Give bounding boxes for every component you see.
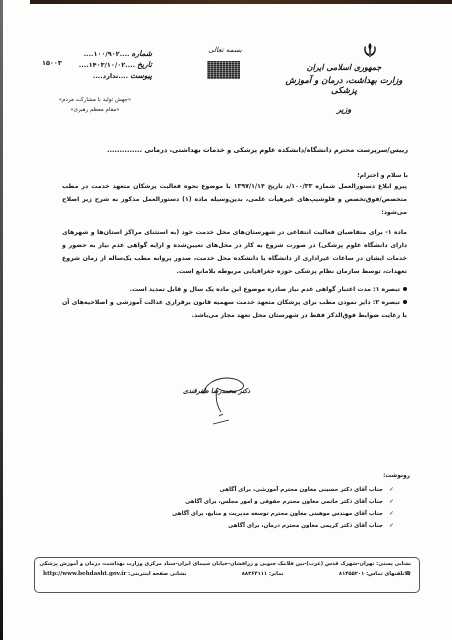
- website-label: نشانی صفحه اینترنتی:: [128, 571, 186, 577]
- fax-number: نمابر: ۸۸۳۶۴۱۱۱: [242, 571, 284, 577]
- letter-number-row: شماره ....۱۰۰/۹۰۲....: [40, 48, 152, 59]
- date-value: ....۱۴۰۳/۱۰/۰۲....: [79, 61, 135, 69]
- article-1: ماده ۱- برای متقاضیان فعالیت انتفاعی در …: [62, 226, 407, 278]
- iran-emblem-icon: [363, 42, 377, 58]
- phone-number: ☎تلفنهای تماس: ۸۱۴۵۵۲۰۱: [339, 571, 411, 577]
- postal-address: نشانی پستی: تهران-شهرک قدس (غرب)-بین فلا…: [39, 561, 411, 567]
- office-title: وزیر: [284, 104, 404, 114]
- bullet-icon: [403, 287, 407, 291]
- attachment-label: پیوست: [130, 71, 152, 80]
- reference-number: ۱۵۰۰۳: [42, 59, 62, 67]
- letter-attachment-row: پیوست ....ندارد....: [40, 70, 152, 81]
- checkmark-icon: ✓: [389, 520, 394, 532]
- note-1: تبصره ۱: مدت اعتبار گواهی عدم نیاز صادره…: [62, 283, 407, 296]
- slogan-attribution: «مقام معظم رهبری»: [45, 105, 145, 115]
- ministry-name: وزارت بهداشت، درمان و آموزش پزشکی: [284, 76, 404, 96]
- note-1-text: تبصره ۱: مدت اعتبار گواهی عدم نیاز صادره…: [130, 286, 400, 293]
- cc-item-text: جناب آقای مهندس موهبتی معاون محترم توسعه…: [172, 508, 383, 520]
- website-link[interactable]: http://www.behdasht.gov.ir: [43, 571, 126, 577]
- photo-edge-left: [0, 0, 3, 640]
- bullet-icon: [403, 300, 407, 304]
- photo-edge-top: [30, 0, 452, 4]
- number-value: ....۱۰۰/۹۰۲....: [84, 50, 130, 58]
- cc-item: ✓جناب آقای دکتر خاتمی معاون محترم حقوقی …: [114, 496, 394, 508]
- footer-contact-box: نشانی پستی: تهران-شهرک قدس (غرب)-بین فلا…: [34, 557, 420, 593]
- country-name: جمهوری اسلامی ایران: [284, 62, 404, 72]
- slogan: «جهش تولید با مشارکت مردم» «مقام معظم ره…: [45, 95, 145, 115]
- greeting: با سلام و احترام؛: [357, 172, 408, 179]
- note-2-text: تبصره ۲: دایر نمودن مطب برای پزشکان متعه…: [62, 299, 407, 319]
- cc-item-text: جناب آقای دکتر کریمی معاون محترم درمان، …: [228, 520, 383, 532]
- cc-item: ✓جناب آقای دکتر حسینی معاون محترم آموزشی…: [114, 484, 394, 496]
- signature-scribble-icon: [195, 372, 255, 432]
- checkmark-icon: ✓: [389, 508, 394, 520]
- qr-code-icon: [207, 61, 240, 79]
- ministry-letterhead: جمهوری اسلامی ایران وزارت بهداشت، درمان …: [284, 62, 404, 114]
- cc-title: رونوشت:: [383, 473, 410, 479]
- note-2: تبصره ۲: دایر نمودن مطب برای پزشکان متعه…: [62, 296, 407, 322]
- cc-item: ✓جناب آقای مهندس موهبتی معاون محترم توسع…: [114, 508, 394, 520]
- cc-item-text: جناب آقای دکتر خاتمی معاون محترم حقوقی و…: [185, 496, 383, 508]
- attachment-value: ....ندارد....: [93, 72, 128, 80]
- footer-contacts: ☎تلفنهای تماس: ۸۱۴۵۵۲۰۱ نمابر: ۸۸۳۶۴۱۱۱ …: [43, 571, 411, 577]
- recipient-line: رییس/سرپرست محترم دانشگاه/دانشکده علوم پ…: [107, 146, 408, 154]
- website: نشانی صفحه اینترنتی: http://www.behdasht…: [43, 571, 186, 577]
- phone-text: تلفنهای تماس: ۸۱۴۵۵۲۰۱: [339, 571, 405, 577]
- signatory-name: دکتر محمدرضا ظفرقندی: [183, 387, 250, 395]
- checkmark-icon: ✓: [389, 484, 394, 496]
- cc-item: ✓جناب آقای دکتر کریمی معاون محترم درمان،…: [114, 520, 394, 532]
- cc-item-text: جناب آقای دکتر حسینی معاون محترم آموزشی،…: [220, 484, 383, 496]
- date-label: تاریخ: [137, 60, 152, 69]
- checkmark-icon: ✓: [389, 496, 394, 508]
- intro-paragraph: پیرو ابلاغ دستورالعمل شماره ۱۰۰/۳۳/د تار…: [62, 180, 407, 219]
- slogan-line: «جهش تولید با مشارکت مردم»: [45, 95, 145, 105]
- bismillah: بسمه تعالی: [205, 46, 245, 54]
- cc-list: ✓جناب آقای دکتر حسینی معاون محترم آموزشی…: [114, 484, 394, 532]
- number-label: شماره: [132, 49, 152, 58]
